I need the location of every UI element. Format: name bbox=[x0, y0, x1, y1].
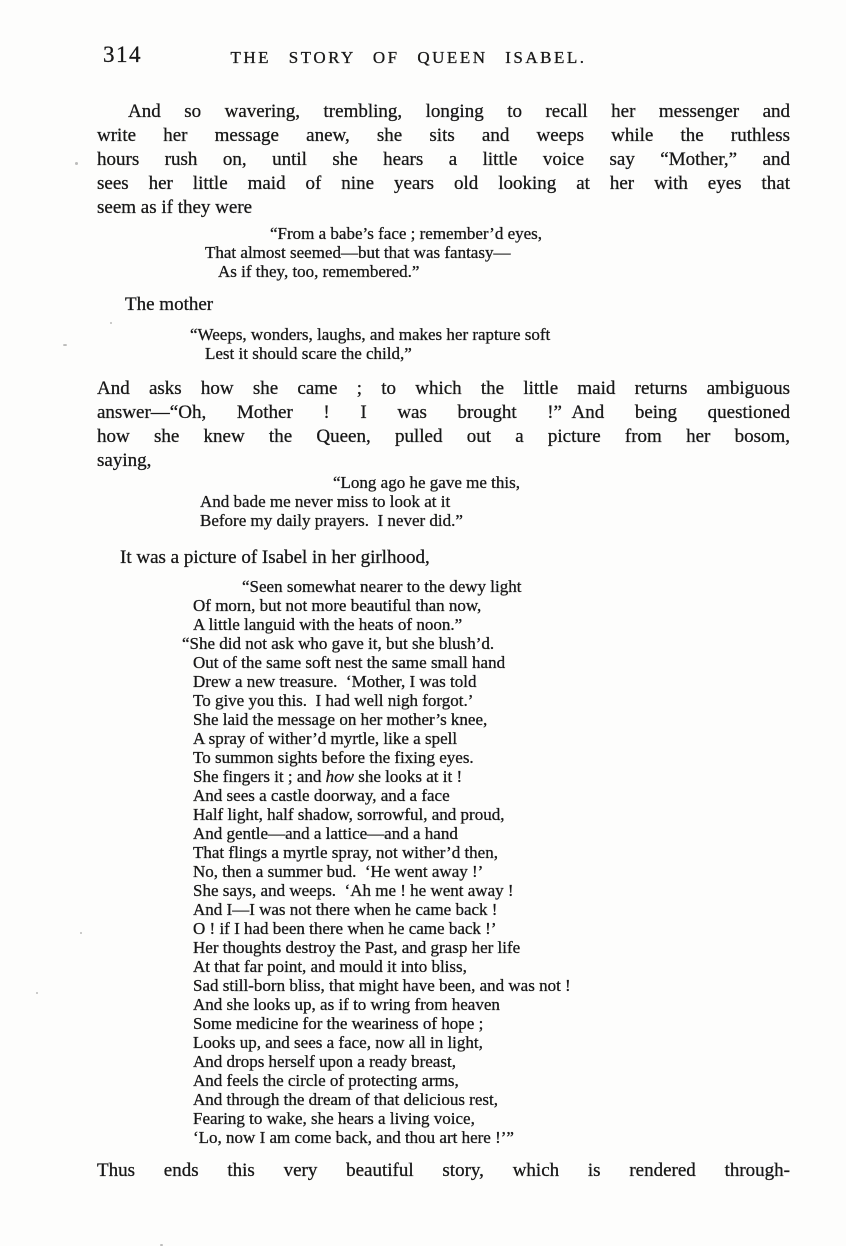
verse-line: Some medicine for the weariness of hope … bbox=[193, 1014, 790, 1033]
verse-line: A spray of wither’d myrtle, like a spell bbox=[193, 729, 790, 748]
verse-line: “Seen somewhat nearer to the dewy light bbox=[193, 577, 790, 596]
paragraph-line: saying, bbox=[97, 449, 790, 473]
verse-line: “Long ago he gave me this, bbox=[200, 473, 790, 492]
verse-line: At that far point, and mould it into bli… bbox=[193, 957, 790, 976]
verse-line: O ! if I had been there when he came bac… bbox=[193, 919, 790, 938]
scan-speckle bbox=[36, 992, 38, 994]
verse-line: Sad still-born bliss, that might have be… bbox=[193, 976, 790, 995]
page-header: 314 THE STORY OF QUEEN ISABEL. bbox=[97, 46, 790, 72]
paragraph-line: how she knew the Queen, pulled out a pic… bbox=[97, 425, 790, 449]
verse-line: No, then a summer bud. ‘He went away !’ bbox=[193, 862, 790, 881]
scan-speckle bbox=[110, 322, 112, 324]
the-mother-line: The mother bbox=[97, 293, 790, 317]
verse-line: Of morn, but not more beautiful than now… bbox=[193, 596, 790, 615]
verse-line: To summon sights before the fixing eyes. bbox=[193, 748, 790, 767]
verse-line: She says, and weeps. ‘Ah me ! he went aw… bbox=[193, 881, 790, 900]
verse-line: And she looks up, as if to wring from he… bbox=[193, 995, 790, 1014]
verse-line: Looks up, and sees a face, now all in li… bbox=[193, 1033, 790, 1052]
paragraph-line: sees her little maid of nine years old l… bbox=[97, 172, 790, 196]
scan-speckle bbox=[80, 932, 82, 934]
paragraph-line: Thus ends this very beautiful story, whi… bbox=[97, 1159, 790, 1183]
verse-line: As if they, too, remembered.” bbox=[205, 262, 790, 281]
verse-line: And feels the circle of protecting arms, bbox=[193, 1071, 790, 1090]
verse-picture-of-isabel: “Seen somewhat nearer to the dewy lightO… bbox=[193, 577, 790, 1147]
paragraph-line: answer—“Oh, Mother ! I was brought !” An… bbox=[97, 401, 790, 425]
verse-line: “Weeps, wonders, laughs, and makes her r… bbox=[190, 325, 790, 344]
paragraph-line: hours rush on, until she hears a little … bbox=[97, 148, 790, 172]
verse-line: And I—I was not there when he came back … bbox=[193, 900, 790, 919]
verse-line: And drops herself upon a ready breast, bbox=[193, 1052, 790, 1071]
verse-line: “She did not ask who gave it, but she bl… bbox=[193, 634, 790, 653]
verse-line: She laid the message on her mother’s kne… bbox=[193, 710, 790, 729]
verse-line: And bade me never miss to look at it bbox=[200, 492, 790, 511]
italic-word: how bbox=[326, 767, 354, 786]
verse-line: Out of the same soft nest the same small… bbox=[193, 653, 790, 672]
verse-line: Lest it should scare the child,” bbox=[190, 344, 790, 363]
asks-paragraph: And asks how she came ; to which the lit… bbox=[97, 377, 790, 473]
verse-line: A little languid with the heats of noon.… bbox=[193, 615, 790, 634]
verse-line: Drew a new treasure. ‘Mother, I was told bbox=[193, 672, 790, 691]
verse-weeps-wonders: “Weeps, wonders, laughs, and makes her r… bbox=[190, 325, 790, 363]
paragraph-line: write her message anew, she sits and wee… bbox=[97, 124, 790, 148]
verse-line: “From a babe’s face ; remember’d eyes, bbox=[205, 224, 790, 243]
verse-line: That almost seemed—but that was fantasy— bbox=[205, 243, 790, 262]
picture-line: It was a picture of Isabel in her girlho… bbox=[97, 546, 790, 570]
paragraph-line: And so wavering, trembling, longing to r… bbox=[97, 100, 790, 124]
running-title: THE STORY OF QUEEN ISABEL. bbox=[97, 46, 720, 68]
page-number: 314 bbox=[103, 42, 142, 68]
paragraph-line: And asks how she came ; to which the lit… bbox=[97, 377, 790, 401]
verse-line: And sees a castle doorway, and a face bbox=[193, 786, 790, 805]
verse-babes-face: “From a babe’s face ; remember’d eyes,Th… bbox=[205, 224, 790, 281]
verse-line: Before my daily prayers. I never did.” bbox=[200, 511, 790, 530]
closing-paragraph: Thus ends this very beautiful story, whi… bbox=[97, 1159, 790, 1183]
verse-line: Half light, half shadow, sorrowful, and … bbox=[193, 805, 790, 824]
verse-line: And through the dream of that delicious … bbox=[193, 1090, 790, 1109]
opening-paragraph: And so wavering, trembling, longing to r… bbox=[97, 100, 790, 220]
verse-line: That flings a myrtle spray, not wither’d… bbox=[193, 843, 790, 862]
scan-speckle bbox=[75, 162, 78, 165]
verse-line: Fearing to wake, she hears a living voic… bbox=[193, 1109, 790, 1128]
verse-line: ‘Lo, now I am come back, and thou art he… bbox=[193, 1128, 790, 1147]
verse-long-ago: “Long ago he gave me this,And bade me ne… bbox=[200, 473, 790, 530]
scan-speckle bbox=[63, 344, 67, 346]
verse-line: To give you this. I had well nigh forgot… bbox=[193, 691, 790, 710]
verse-line: She fingers it ; and how she looks at it… bbox=[193, 767, 790, 786]
book-page: 314 THE STORY OF QUEEN ISABEL. And so wa… bbox=[0, 0, 846, 1246]
verse-line: And gentle—and a lattice—and a hand bbox=[193, 824, 790, 843]
paragraph-line: seem as if they were bbox=[97, 196, 790, 220]
verse-line: Her thoughts destroy the Past, and grasp… bbox=[193, 938, 790, 957]
